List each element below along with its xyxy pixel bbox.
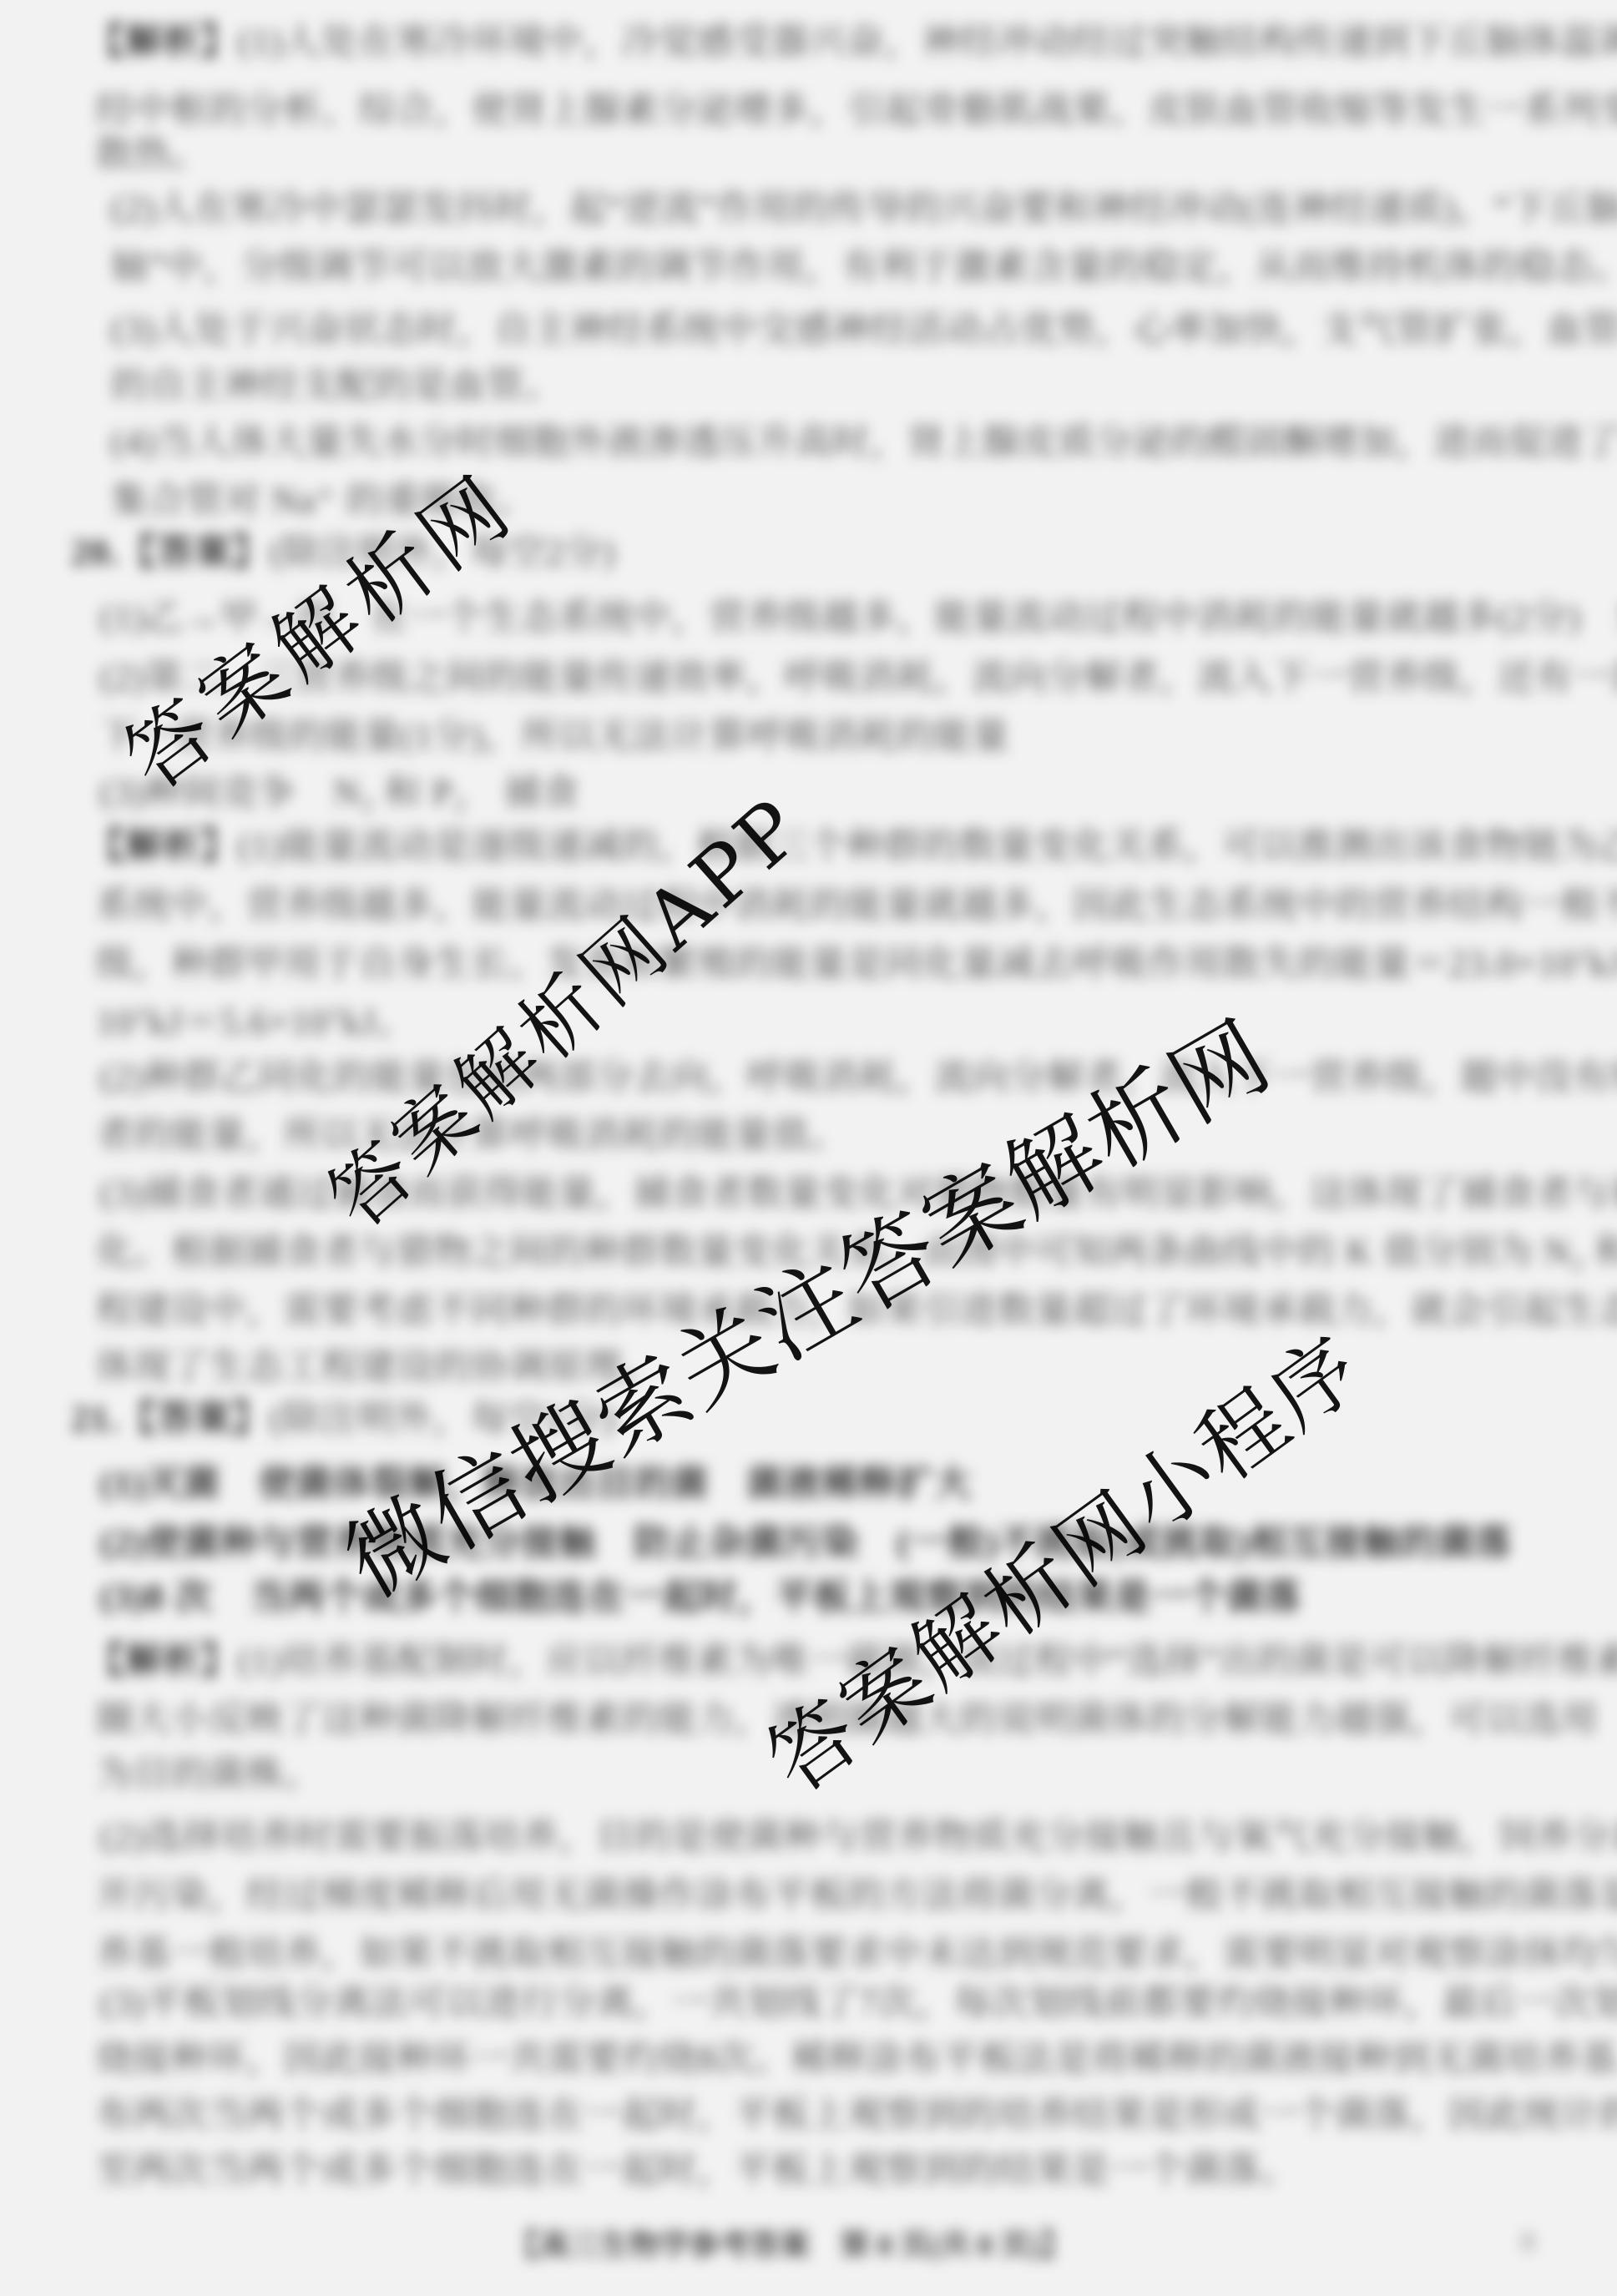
text-line: 经中枢的分析、综合，使肾上腺素分泌增多，引起骨骼肌战栗、皮肤血管收缩等发生一系列… [96, 85, 1617, 135]
text-line: 养基一般培养，如果不挑取相互接触的菌落要求中未达到规范要求，需要明显对观察涂抹均… [96, 1929, 1617, 1979]
text-line: 程建设中，需要考虑不同种群的环境承载力，如果引进数量超过了环境承载力，就会引起生… [96, 1285, 1617, 1335]
text-line: (2)种群乙同化的能量包括两部分去向，呼吸消耗，流向分解者，流入下一营养级，题中… [100, 1052, 1617, 1103]
text-line: 20.【答案】(除注明外，每空2分) [71, 527, 615, 578]
line-text: 圈大小反映了这种菌降解纤维素的能力，透明圈越大的说明菌体的分解能力越强，可以选用 [96, 1698, 1599, 1739]
bold-marker: 21.【答案】 [71, 1398, 270, 1439]
line-text: 开污染，经过梯度稀释后用无菌操作涂布平板的方法将菌分离，一般不挑取相互接触的菌落… [96, 1875, 1617, 1915]
line-text: 的自主神经支配的是血管。 [111, 365, 562, 406]
text-line: (2)第二、三营养级之间的能量传递效率，呼吸消耗，流向分解者，流入下一营养级，还… [100, 653, 1617, 703]
text-line: (3)平板划线分离法可以进行分离，一共划线了7次，每次划线前都要灼烧接种环，最后… [100, 1978, 1617, 2028]
page-footer: 【高三生物学参考答案 第 8 页(共 8 页)】 [509, 2222, 851, 2264]
line-text: 集合管对 Na⁺ 的重吸收。 [111, 480, 534, 521]
text-line: 【解析】(1)培养基配制时，应以纤维素为唯一碳源，该过程中“选择”出的菌是可以降… [88, 1636, 1617, 1686]
text-line: (1)乙→甲→丙 在一个生态系统中，营养级越多，能量流动过程中消耗的能量就越多(… [100, 593, 1617, 643]
line-text: (3)种间竞争 N₂ 和 P₂ 捕食 [100, 772, 579, 813]
text-line: 轴”中，分级调节可以放大激素的调节作用，有利于激素含量的稳定，从而维持机体的稳态… [111, 242, 1617, 292]
text-line: (2)选择培养时需要振荡培养，目的是使菌种与营养物质充分接触且与氧气充分接触，饲… [100, 1812, 1617, 1862]
line-text: (3)捕食者通过捕食而获得能量，捕食者数量变化对猎物数量有明显影响，这体现了捕食… [100, 1173, 1617, 1214]
line-text: 者的能量，所以无法计算呼吸消耗的能量值。 [96, 1114, 847, 1155]
text-line: 为目的菌株。 [96, 1749, 321, 1799]
text-line: 级，种群甲用于自身生长、发育和繁殖的能量是同化量减去呼吸作用散失的能量＝23.0… [96, 939, 1617, 989]
line-text: 化。根据捕食者与猎物之间的种群数量变化关系，由图中可知两条曲线中的 K 值分别为… [96, 1231, 1617, 1272]
text-line: 开污染，经过梯度稀释后用无菌操作涂布平板的方法将菌分离，一般不挑取相互接触的菌落… [96, 1870, 1617, 1920]
line-text: (1)培养基配制时，应以纤维素为唯一碳源，该过程中“选择”出的菌是可以降解纤维素… [238, 1640, 1617, 1681]
text-line: (3)人处于兴奋状态时，自主神经系统中交感神经活动占优势，心率加快，支气管扩张，… [111, 305, 1617, 355]
text-line: 【解析】(1)人处在寒冷环境中，冷觉感受器兴奋，神经冲动经过突触结构传递到下丘脑… [88, 17, 1617, 67]
text-line: 烧接种环，因此接种环一共需要灼烧8次。稀释涂布平板法是将稀释的菌液接种到无菌培养… [96, 2034, 1617, 2084]
line-text: 轴”中，分级调节可以放大激素的调节作用，有利于激素含量的稳定，从而维持机体的稳态… [111, 246, 1617, 287]
line-text: (1)人处在寒冷环境中，冷觉感受器兴奋，神经冲动经过突触结构传递到下丘脑体温调节… [238, 21, 1617, 62]
line-text: 养基一般培养，如果不挑取相互接触的菌落要求中未达到规范要求，需要明显对观察涂抹均… [96, 1933, 1617, 1974]
line-text: (2)选择培养时需要振荡培养，目的是使菌种与营养物质充分接触且与氧气充分接触，饲… [100, 1816, 1617, 1857]
text-line: 【解析】(1)能量流动是逐级递减的，根据三个种群的数量变化关系，可以推测出该食物… [88, 821, 1617, 871]
blurred-text-layer: 【解析】(1)人处在寒冷环境中，冷觉感受器兴奋，神经冲动经过突触结构传递到下丘脑… [0, 0, 1617, 2296]
line-text: 经中枢的分析、综合，使肾上腺素分泌增多，引起骨骼肌战栗、皮肤血管收缩等发生一系列… [96, 89, 1617, 130]
text-line: (3)种间竞争 N₂ 和 P₂ 捕食 [100, 768, 579, 818]
text-line: 圈大小反映了这种菌降解纤维素的能力，透明圈越大的说明菌体的分解能力越强，可以选用 [96, 1694, 1599, 1744]
bold-marker: 20.【答案】 [71, 532, 270, 573]
line-text: (4)当人体大量失水分时细胞外液渗透压升高时，肾上腺皮质分泌的醛固酮增加，进而促… [111, 421, 1617, 462]
line-text: 10⁷kJ＝5.6×10⁷kJ。 [96, 1002, 414, 1042]
text-line: 集合管对 Na⁺ 的重吸收。 [111, 476, 534, 526]
text-line: 体现了生态工程建设的协调原理。 [96, 1342, 659, 1392]
line-text: 体现了生态工程建设的协调原理。 [96, 1346, 659, 1387]
text-line: (2)人在寒冷中瑟瑟发抖时，起“逆流”作用的传导的兴奋要和神经冲动(连神经递质)… [111, 184, 1617, 234]
line-text: 下一营养级的能量(1分)，所以无法计算呼吸消耗的能量 [100, 715, 1009, 756]
line-text: (1)乙→甲→丙 在一个生态系统中，营养级越多，能量流动过程中消耗的能量就越多(… [100, 597, 1617, 638]
text-line: (1)灭菌 使菌体裂解，释放出目的菌 菌液稀释扩大 [100, 1459, 972, 1509]
line-text: 烧接种环，因此接种环一共需要灼烧8次。稀释涂布平板法是将稀释的菌液接种到无菌培养… [96, 2038, 1617, 2079]
line-text: (2)使菌种与营养物质充分接触 防止杂菌污染 (一般)不挑取(或挑取)相互接触的… [100, 1522, 1513, 1563]
scanned-answer-page: 【解析】(1)人处在寒冷环境中，冷觉感受器兴奋，神经冲动经过突触结构传递到下丘脑… [0, 0, 1617, 2296]
bold-marker: 【解析】 [88, 825, 238, 866]
text-line: (3)捕食者通过捕食而获得能量，捕食者数量变化对猎物数量有明显影响，这体现了捕食… [100, 1168, 1617, 1219]
line-text: 程建设中，需要考虑不同种群的环境承载力，如果引进数量超过了环境承载力，就会引起生… [96, 1289, 1617, 1330]
line-text: (3)人处于兴奋状态时，自主神经系统中交感神经活动占优势，心率加快，支气管扩张，… [111, 309, 1617, 350]
line-text: (2)种群乙同化的能量包括两部分去向，呼吸消耗，流向分解者，流入下一营养级，题中… [100, 1057, 1617, 1098]
line-text: (除注明外，每空1分) [270, 1398, 615, 1439]
text-line: 的自主神经支配的是血管。 [111, 361, 562, 411]
page-number: 8 [1521, 2227, 1535, 2258]
bold-marker: 【解析】 [88, 21, 238, 62]
line-text: (除注明外，每空2分) [270, 532, 615, 573]
text-line: (4)当人体大量失水分时细胞外液渗透压升高时，肾上腺皮质分泌的醛固酮增加，进而促… [111, 417, 1617, 467]
line-text: (3)8 次 当两个或多个细胞连在一起时，平板上观察到的结果是一个菌落 [100, 1577, 1301, 1617]
line-text: 至两次当两个或多个细胞连在一起时，平板上观察到的结果是一个菌落。 [96, 2149, 1298, 2190]
text-line: (3)8 次 当两个或多个细胞连在一起时，平板上观察到的结果是一个菌落 [100, 1572, 1301, 1622]
text-line: 系统中，营养级越多，能量流动过程中消耗的能量就越多，因此生态系统中的营养结构一般… [96, 881, 1617, 931]
line-text: (2)第二、三营养级之间的能量传递效率，呼吸消耗，流向分解者，流入下一营养级，还… [100, 657, 1617, 698]
text-line: 10⁷kJ＝5.6×10⁷kJ。 [96, 997, 414, 1047]
line-text: 散热。 [96, 134, 209, 174]
text-line: 化。根据捕食者与猎物之间的种群数量变化关系，由图中可知两条曲线中的 K 值分别为… [96, 1227, 1617, 1277]
line-text: 级，种群甲用于自身生长、发育和繁殖的能量是同化量减去呼吸作用散失的能量＝23.0… [96, 943, 1617, 984]
bold-marker: 【解析】 [88, 1640, 238, 1681]
text-line: 下一营养级的能量(1分)，所以无法计算呼吸消耗的能量 [100, 711, 1009, 761]
text-line: 至两次当两个或多个细胞连在一起时，平板上观察到的结果是一个菌落。 [96, 2145, 1298, 2195]
line-text: (3)平板划线分离法可以进行分离，一共划线了7次，每次划线前都要灼烧接种环，最后… [100, 1982, 1617, 2023]
text-line: 布两次当两个或多个细胞连在一起时，平板上观察到的培养结果是形成一个菌落，因此统计… [96, 2090, 1617, 2140]
line-text: (1)能量流动是逐级递减的，根据三个种群的数量变化关系，可以推测出该食物链为乙→… [238, 825, 1617, 866]
text-line: (2)使菌种与营养物质充分接触 防止杂菌污染 (一般)不挑取(或挑取)相互接触的… [100, 1518, 1513, 1568]
text-line: 者的能量，所以无法计算呼吸消耗的能量值。 [96, 1110, 847, 1160]
line-text: 为目的菌株。 [96, 1754, 321, 1794]
line-text: (1)灭菌 使菌体裂解，释放出目的菌 菌液稀释扩大 [100, 1463, 972, 1504]
line-text: 布两次当两个或多个细胞连在一起时，平板上观察到的培养结果是形成一个菌落，因此统计… [96, 2094, 1617, 2135]
line-text: (2)人在寒冷中瑟瑟发抖时，起“逆流”作用的传导的兴奋要和神经冲动(连神经递质)… [111, 188, 1617, 229]
text-line: 21.【答案】(除注明外，每空1分) [71, 1394, 615, 1444]
text-line: 散热。 [96, 129, 209, 179]
line-text: 系统中，营养级越多，能量流动过程中消耗的能量就越多，因此生态系统中的营养结构一般… [96, 885, 1617, 926]
